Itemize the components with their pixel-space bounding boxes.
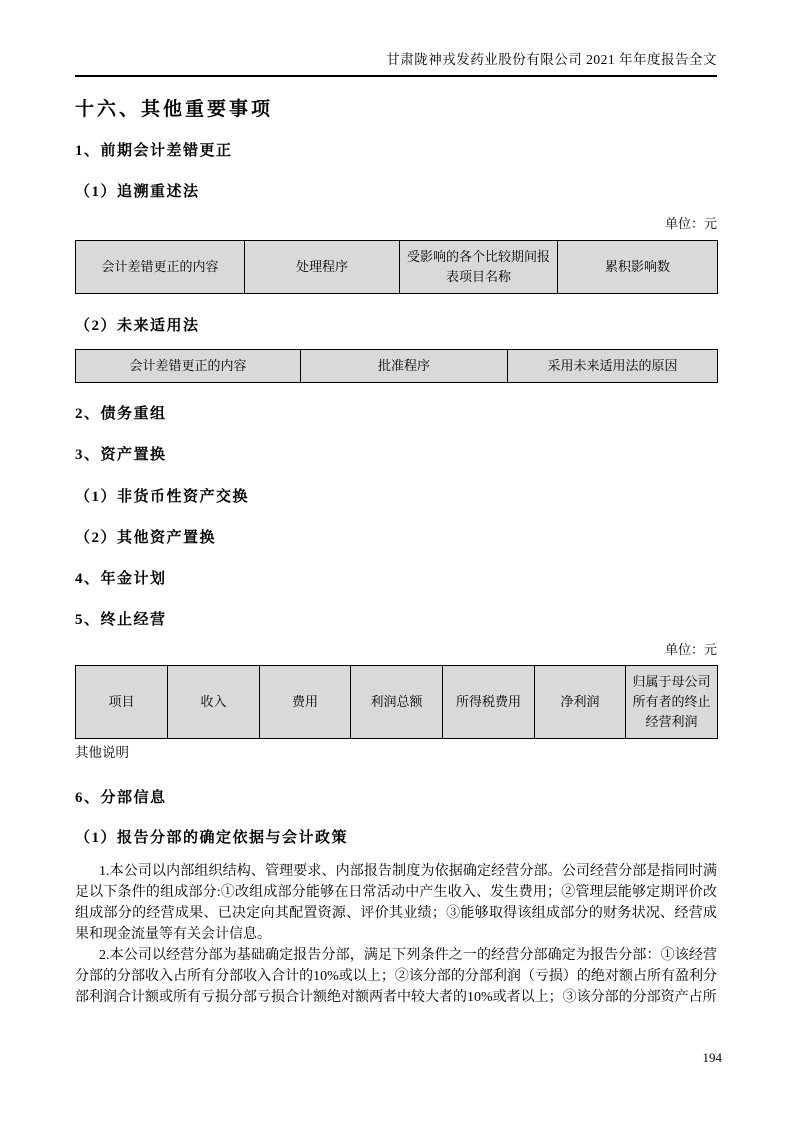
table-header-cell: 累积影响数 (558, 241, 718, 294)
table-header-cell: 费用 (260, 666, 351, 739)
heading-segment-basis: （1）报告分部的确定依据与会计政策 (75, 829, 717, 847)
other-note-label: 其他说明 (75, 744, 717, 761)
table-header-cell: 会计差错更正的内容 (76, 350, 301, 383)
heading-asset-swap: 3、资产置换 (75, 446, 717, 464)
heading-segment-info: 6、分部信息 (75, 789, 717, 807)
segment-paragraph-2: 2.本公司以经营分部为基础确定报告分部，满足下列条件之一的经营分部确定为报告分部… (75, 945, 717, 1008)
table-header-cell: 会计差错更正的内容 (76, 241, 245, 294)
running-header-text: 甘肃陇神戎发药业股份有限公司 2021 年年度报告全文 (386, 52, 717, 67)
heading-other-asset-swap: （2）其他资产置换 (75, 529, 717, 547)
segment-paragraph-1: 1.本公司以内部组织结构、管理要求、内部报告制度为依据确定经营分部。公司经营分部… (75, 861, 717, 945)
table-header-cell: 批准程序 (301, 350, 508, 383)
table-header-cell: 归属于母公司所有者的终止经营利润 (626, 666, 718, 739)
running-header: 甘肃陇神戎发药业股份有限公司 2021 年年度报告全文 (75, 0, 717, 77)
heading-discontinued-operations: 5、终止经营 (75, 611, 717, 629)
heading-prior-period-correction: 1、前期会计差错更正 (75, 142, 717, 160)
table-header-row: 会计差错更正的内容 处理程序 受影响的各个比较期间报表项目名称 累积影响数 (76, 241, 718, 294)
document-page: 甘肃陇神戎发药业股份有限公司 2021 年年度报告全文 十六、其他重要事项 1、… (0, 0, 793, 1122)
heading-nonmonetary-exchange: （1）非货币性资产交换 (75, 488, 717, 506)
table-header-cell: 受影响的各个比较期间报表项目名称 (400, 241, 558, 294)
table-header-cell: 项目 (76, 666, 168, 739)
table-header-cell: 利润总额 (351, 666, 443, 739)
discontinued-operations-table: 项目 收入 费用 利润总额 所得税费用 净利润 归属于母公司所有者的终止经营利润 (75, 665, 718, 739)
table-header-cell: 处理程序 (245, 241, 400, 294)
unit-label-1: 单位：元 (75, 216, 717, 232)
table-header-cell: 所得税费用 (443, 666, 535, 739)
heading-retrospective-method: （1）追溯重述法 (75, 183, 717, 201)
section-16-heading: 十六、其他重要事项 (75, 99, 717, 121)
prospective-table: 会计差错更正的内容 批准程序 采用未来适用法的原因 (75, 349, 718, 383)
page-content: 甘肃陇神戎发药业股份有限公司 2021 年年度报告全文 十六、其他重要事项 1、… (75, 0, 717, 1008)
retrospective-table: 会计差错更正的内容 处理程序 受影响的各个比较期间报表项目名称 累积影响数 (75, 240, 718, 294)
table-header-cell: 收入 (168, 666, 260, 739)
heading-annuity-plan: 4、年金计划 (75, 570, 717, 588)
heading-prospective-method: （2）未来适用法 (75, 317, 717, 335)
table-header-cell: 净利润 (535, 666, 626, 739)
table-header-cell: 采用未来适用法的原因 (508, 350, 718, 383)
heading-debt-restructuring: 2、债务重组 (75, 405, 717, 423)
unit-label-2: 单位：元 (75, 642, 717, 658)
table-header-row: 会计差错更正的内容 批准程序 采用未来适用法的原因 (76, 350, 718, 383)
table-header-row: 项目 收入 费用 利润总额 所得税费用 净利润 归属于母公司所有者的终止经营利润 (76, 666, 718, 739)
page-number: 194 (703, 1050, 723, 1066)
